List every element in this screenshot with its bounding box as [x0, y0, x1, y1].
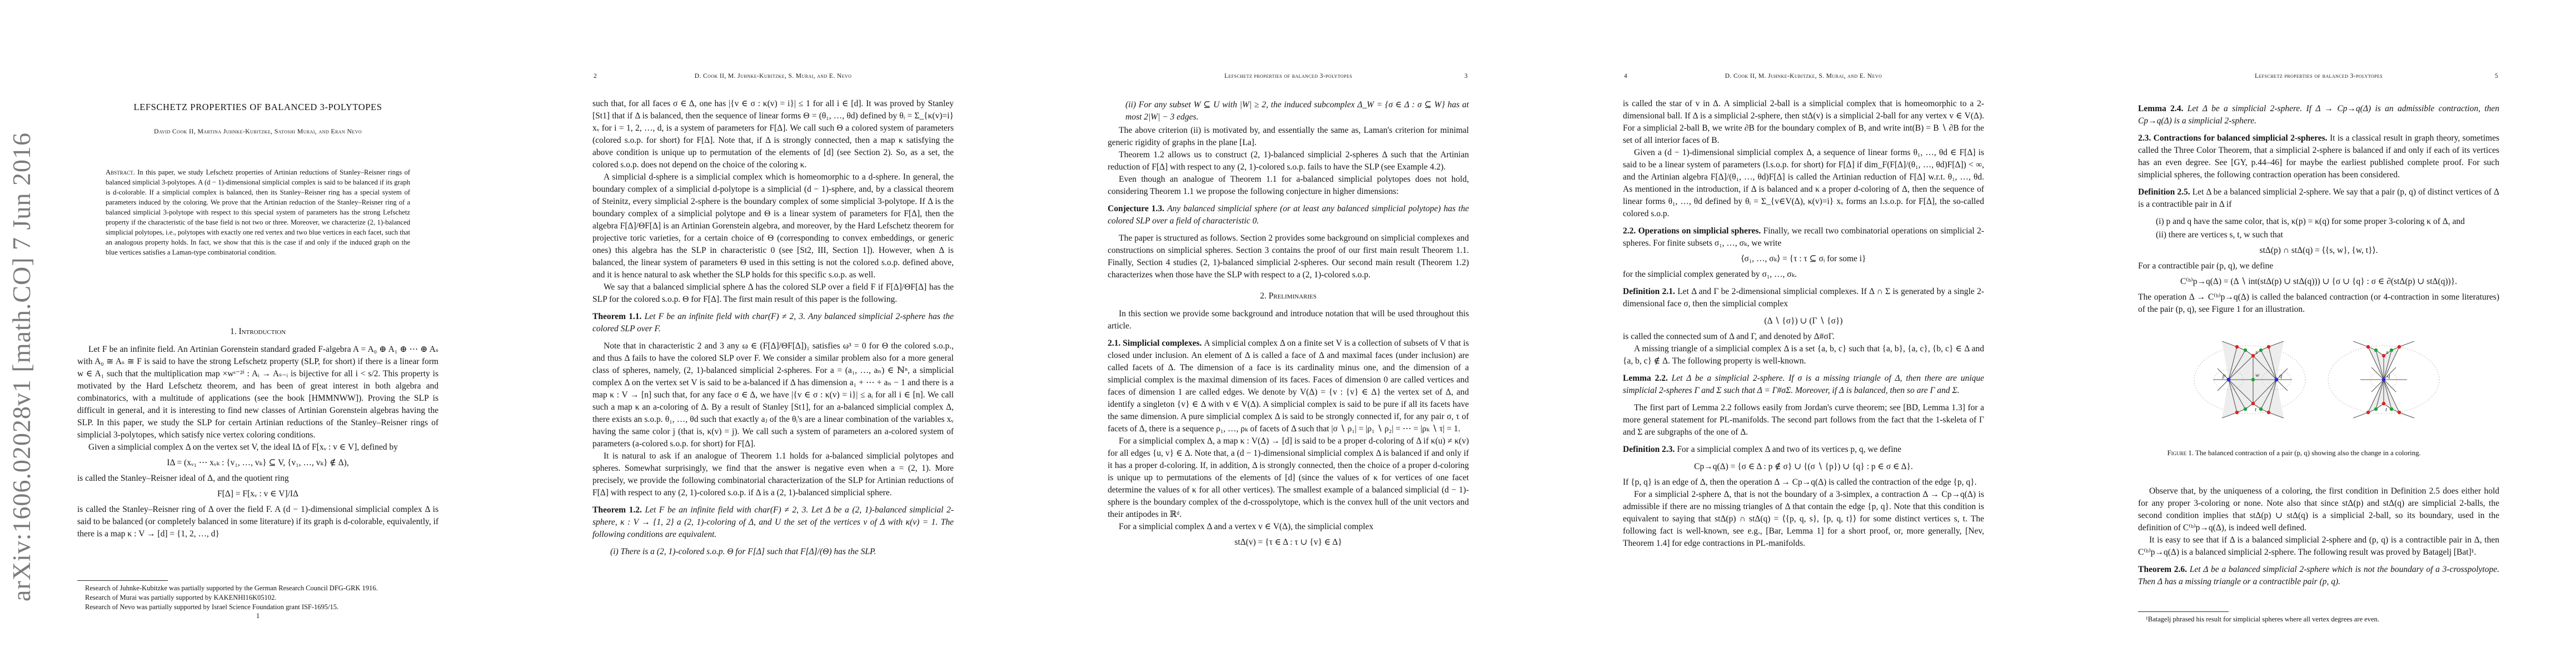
enumerated-item: (ii) For any subset W ⊆ U with |W| ≥ 2, …: [1108, 99, 1469, 123]
paragraph: The first part of Lemma 2.2 follows easi…: [1623, 402, 1984, 439]
paper-authors: David Cook II, Martina Juhnke-Kubitzke, …: [36, 127, 480, 136]
page-5: Lefschetz properties of balanced 3-polyt…: [2061, 0, 2576, 667]
definition-block: Definition 2.5. Let Δ be a balanced simp…: [2138, 186, 2499, 211]
figure-right-diagram: q s t: [2328, 341, 2439, 418]
paragraph: Even though an analogue of Theorem 1.1 f…: [1108, 173, 1469, 198]
label-q: q: [2387, 372, 2390, 379]
label-s: s: [2255, 349, 2258, 356]
section-heading: 2. Preliminaries: [1108, 290, 1469, 302]
block-body: Let F be an infinite field with char(F) …: [592, 505, 954, 539]
page-number-5: 5: [2495, 73, 2498, 79]
theorem-block: Theorem 1.2. Let F be an infinite field …: [592, 504, 954, 541]
theorem-block: Theorem 2.6. Let Δ be a balanced simplic…: [2138, 564, 2499, 588]
paragraph: It is natural to ask if an analogue of T…: [592, 450, 954, 499]
footnote-text: ¹Batagelj phrased his result for simplic…: [2138, 615, 2499, 624]
footnote-rule: [2138, 611, 2229, 612]
paragraph: Given a simplicial complex Δ on the vert…: [77, 441, 439, 454]
paragraph: We say that a balanced simplicial sphere…: [592, 281, 954, 306]
blue-vertices: [2382, 378, 2386, 382]
theorem-block: Lemma 2.4. Let Δ be a simplicial 2-spher…: [2138, 103, 2499, 127]
paragraph: The above criterion (ii) is motivated by…: [1108, 125, 1469, 149]
label-p: p: [2222, 372, 2226, 379]
block-body: A simplicial complex Δ on a finite set V…: [1108, 339, 1469, 434]
block-label: Theorem 1.1.: [592, 312, 645, 321]
display-formula: IΔ = (xᵥ₁ ⋯ xᵥₖ : {v₁, …, vₖ} ⊆ V, {v₁, …: [77, 457, 439, 469]
subsection-paragraph: 2.1. Simplicial complexes. A simplicial …: [1108, 337, 1469, 435]
paragraph: A missing triangle of a simplicial compl…: [1623, 343, 1984, 367]
page-1: arXiv:1606.02028v1 [math.CO] 7 Jun 2016 …: [0, 0, 515, 667]
page-number-2: 2: [594, 73, 597, 79]
block-label: 2.1. Simplicial complexes.: [1108, 339, 1204, 348]
paragraph: The paper is structured as follows. Sect…: [1108, 232, 1469, 281]
running-head: Lefschetz properties of balanced 3-polyt…: [1108, 73, 1469, 82]
subsection-paragraph: 2.3. Contractions for balanced simplicia…: [2138, 132, 2499, 181]
block-label: 2.2. Operations on simplicial spheres.: [1623, 226, 1763, 236]
display-formula: Cp→q(Δ) = {σ ∈ Δ : p ∉ σ} ∪ {(σ ∖ {p}) ∪…: [1623, 461, 1984, 473]
running-head: Lefschetz properties of balanced 3-polyt…: [2138, 73, 2499, 82]
display-formula: C⁽ᵇ⁾p→q(Δ) = (Δ ∖ int(stΔ(p) ∪ stΔ(q))) …: [2138, 276, 2499, 288]
paragraph: is called the connected sum of Δ and Γ, …: [1623, 331, 1984, 343]
paragraph: Observe that, by the uniqueness of a col…: [2138, 485, 2499, 534]
block-body: Let Δ be a balanced simplicial 2-sphere …: [2138, 565, 2499, 586]
paragraph: For a contractible pair (p, q), we defin…: [2138, 260, 2499, 272]
paragraph: is called the Stanley–Reisner ring of Δ …: [77, 504, 439, 540]
footnote-rule: [77, 580, 168, 581]
page-3: Lefschetz properties of balanced 3-polyt…: [1030, 0, 1546, 667]
running-head-authors: D. Cook II, M. Juhnke-Kubitzke, S. Murai…: [1623, 73, 1984, 79]
figure-1-caption: Figure 1. The balanced contraction of a …: [2168, 449, 2470, 459]
theorem-block: Conjecture 1.3. Any balanced simplicial …: [1108, 203, 1469, 227]
paragraph: A simplicial d-sphere is a simplicial co…: [592, 171, 954, 281]
enumerated-item: (ii) there are vertices s, t, w such tha…: [2138, 229, 2499, 241]
label-t: t: [2385, 406, 2388, 413]
footnote-text: Research of Nevo was partially supported…: [77, 603, 439, 612]
abstract-label: Abstract.: [106, 168, 135, 176]
paragraph: Note that in characteristic 2 and 3 any …: [592, 340, 954, 450]
page-number-4: 4: [1624, 73, 1627, 79]
block-body: Let Δ be a balanced simplicial 2-sphere.…: [2138, 187, 2499, 209]
paragraph: The operation Δ → C⁽ᵇ⁾p→q(Δ) is called t…: [2138, 291, 2499, 316]
block-body: For a simplicial complex Δ and two of it…: [1677, 445, 1901, 454]
block-label: Definition 2.1.: [1623, 287, 1677, 296]
running-head-title: Lefschetz properties of balanced 3-polyt…: [2138, 73, 2499, 79]
block-body: Let F be an infinite field with char(F) …: [592, 312, 954, 333]
page-5-footnote: ¹Batagelj phrased his result for simplic…: [2138, 611, 2499, 624]
block-label: Conjecture 1.3.: [1108, 204, 1167, 213]
block-label: Definition 2.5.: [2138, 187, 2193, 197]
block-body: Let Δ and Γ be 2-dimensional simplicial …: [1623, 287, 1984, 308]
paragraph: Theorem 1.2 allows us to construct (2, 1…: [1108, 149, 1469, 173]
block-label: Theorem 2.6.: [2138, 565, 2190, 574]
block-label: Theorem 1.2.: [592, 505, 645, 515]
label-q: q: [2279, 372, 2283, 379]
display-formula: F[Δ] = F[xᵥ : v ∈ V]/IΔ: [77, 488, 439, 500]
label-s: s: [2386, 349, 2388, 356]
running-head-authors: D. Cook II, M. Juhnke-Kubitzke, S. Murai…: [592, 73, 954, 79]
page-5-flow-top: Lemma 2.4. Let Δ be a simplicial 2-spher…: [2138, 103, 2499, 316]
paragraph: For a simplicial 2-sphere Δ, that is not…: [1623, 489, 1984, 550]
page-5-flow-bottom: Observe that, by the uniqueness of a col…: [2138, 485, 2499, 588]
theorem-block: Theorem 1.1. Let F be an infinite field …: [592, 311, 954, 335]
subsection-paragraph: 2.2. Operations on simplicial spheres. F…: [1623, 225, 1984, 250]
page-1-body: 1. IntroductionLet F be an infinite fiel…: [77, 317, 439, 540]
block-body: Let Δ be a simplicial 2-sphere. If Δ → C…: [2138, 104, 2499, 126]
paragraph: is called the star of v in Δ. A simplici…: [1623, 98, 1984, 147]
block-label: Lemma 2.2.: [1623, 374, 1672, 383]
definition-block: Definition 2.3. For a simplicial complex…: [1623, 444, 1984, 456]
label-t: t: [2255, 406, 2257, 413]
running-head-title: Lefschetz properties of balanced 3-polyt…: [1108, 73, 1469, 79]
page-4: 4 D. Cook II, M. Juhnke-Kubitzke, S. Mur…: [1546, 0, 2061, 667]
page-2-body: such that, for all faces σ ∈ Δ, one has …: [592, 98, 954, 559]
footnote-text: Research of Juhnke-Kubitzke was partiall…: [77, 584, 439, 593]
block-body: Let Δ be a simplicial 2-sphere. If σ is …: [1623, 374, 1984, 395]
abstract-text: In this paper, we study Lefschetz proper…: [106, 168, 410, 256]
paragraph: Let F be an infinite field. An Artinian …: [77, 344, 439, 441]
arxiv-watermark: arXiv:1606.02028v1 [math.CO] 7 Jun 2016: [7, 73, 36, 660]
block-label: Definition 2.3.: [1623, 445, 1677, 454]
page-number-1: 1: [77, 612, 439, 620]
figure-1: p w q s t: [2138, 327, 2499, 435]
display-formula: stΔ(v) = {τ ∈ Δ : τ ∪ {v} ∈ Δ}: [1108, 536, 1469, 549]
balanced-contraction-figure: p w q s t: [2191, 327, 2447, 435]
enumerated-item: (i) There is a (2, 1)-colored s.o.p. Θ f…: [592, 546, 954, 558]
paragraph: It is easy to see that if Δ is a balance…: [2138, 534, 2499, 559]
label-w: w: [2255, 372, 2260, 379]
figure-caption-text: The balanced contraction of a pair (p, q…: [2195, 449, 2421, 457]
display-formula: stΔ(p) ∩ stΔ(q) = ⟨{s, w}, {w, t}⟩.: [2138, 245, 2499, 257]
page-2: 2 D. Cook II, M. Juhnke-Kubitzke, S. Mur…: [515, 0, 1030, 667]
theorem-block: Lemma 2.2. Let Δ be a simplicial 2-spher…: [1623, 372, 1984, 397]
paragraph: such that, for all faces σ ∈ Δ, one has …: [592, 98, 954, 171]
page-3-body: (ii) For any subset W ⊆ U with |W| ≥ 2, …: [1108, 98, 1469, 552]
page-1-footnotes: Research of Juhnke-Kubitzke was partiall…: [77, 580, 439, 612]
paragraph: If {p, q} is an edge of Δ, then the oper…: [1623, 476, 1984, 489]
display-formula: ⟨σ₁, …, σₖ⟩ = {τ : τ ⊆ σᵢ for some i}: [1623, 253, 1984, 265]
paragraph: In this section we provide some backgrou…: [1108, 308, 1469, 332]
paper-montage: { "arxiv_watermark": "arXiv:1606.02028v1…: [0, 0, 2576, 667]
display-formula: (Δ ∖ {σ}) ∪ (Γ ∖ {σ}): [1623, 315, 1984, 327]
running-head: 4 D. Cook II, M. Juhnke-Kubitzke, S. Mur…: [1623, 73, 1984, 82]
block-label: Lemma 2.4.: [2138, 104, 2188, 113]
block-label: 2.3. Contractions for balanced simplicia…: [2138, 133, 2330, 143]
paper-title: LEFSCHETZ PROPERTIES OF BALANCED 3-POLYT…: [36, 102, 480, 113]
figure-left-diagram: p w q s t: [2194, 341, 2305, 418]
definition-block: Definition 2.1. Let Δ and Γ be 2-dimensi…: [1623, 286, 1984, 310]
paragraph: For a simplicial complex Δ, a map κ : V(…: [1108, 435, 1469, 521]
figure-caption-label: Figure 1.: [2168, 449, 2194, 457]
paragraph: for the simplicial complex generated by …: [1623, 268, 1984, 281]
abstract: Abstract. In this paper, we study Lefsch…: [106, 167, 410, 257]
section-heading: 1. Introduction: [77, 326, 439, 338]
running-head: 2 D. Cook II, M. Juhnke-Kubitzke, S. Mur…: [592, 73, 954, 82]
paragraph: For a simplicial complex Δ and a vertex …: [1108, 521, 1469, 533]
enumerated-item: (i) p and q have the same color, that is…: [2138, 216, 2499, 228]
page-4-body: is called the star of v in Δ. A simplici…: [1623, 98, 1984, 550]
paragraph: Given a (d − 1)-dimensional simplicial c…: [1623, 147, 1984, 220]
paragraph: is called the Stanley–Reisner ideal of Δ…: [77, 472, 439, 485]
page-number-3: 3: [1464, 73, 1468, 79]
footnote-list: Research of Juhnke-Kubitzke was partiall…: [77, 584, 439, 612]
footnote-text: Research of Murai was partially supporte…: [77, 593, 439, 603]
page-5-body: Lemma 2.4. Let Δ be a simplicial 2-spher…: [2138, 98, 2499, 593]
